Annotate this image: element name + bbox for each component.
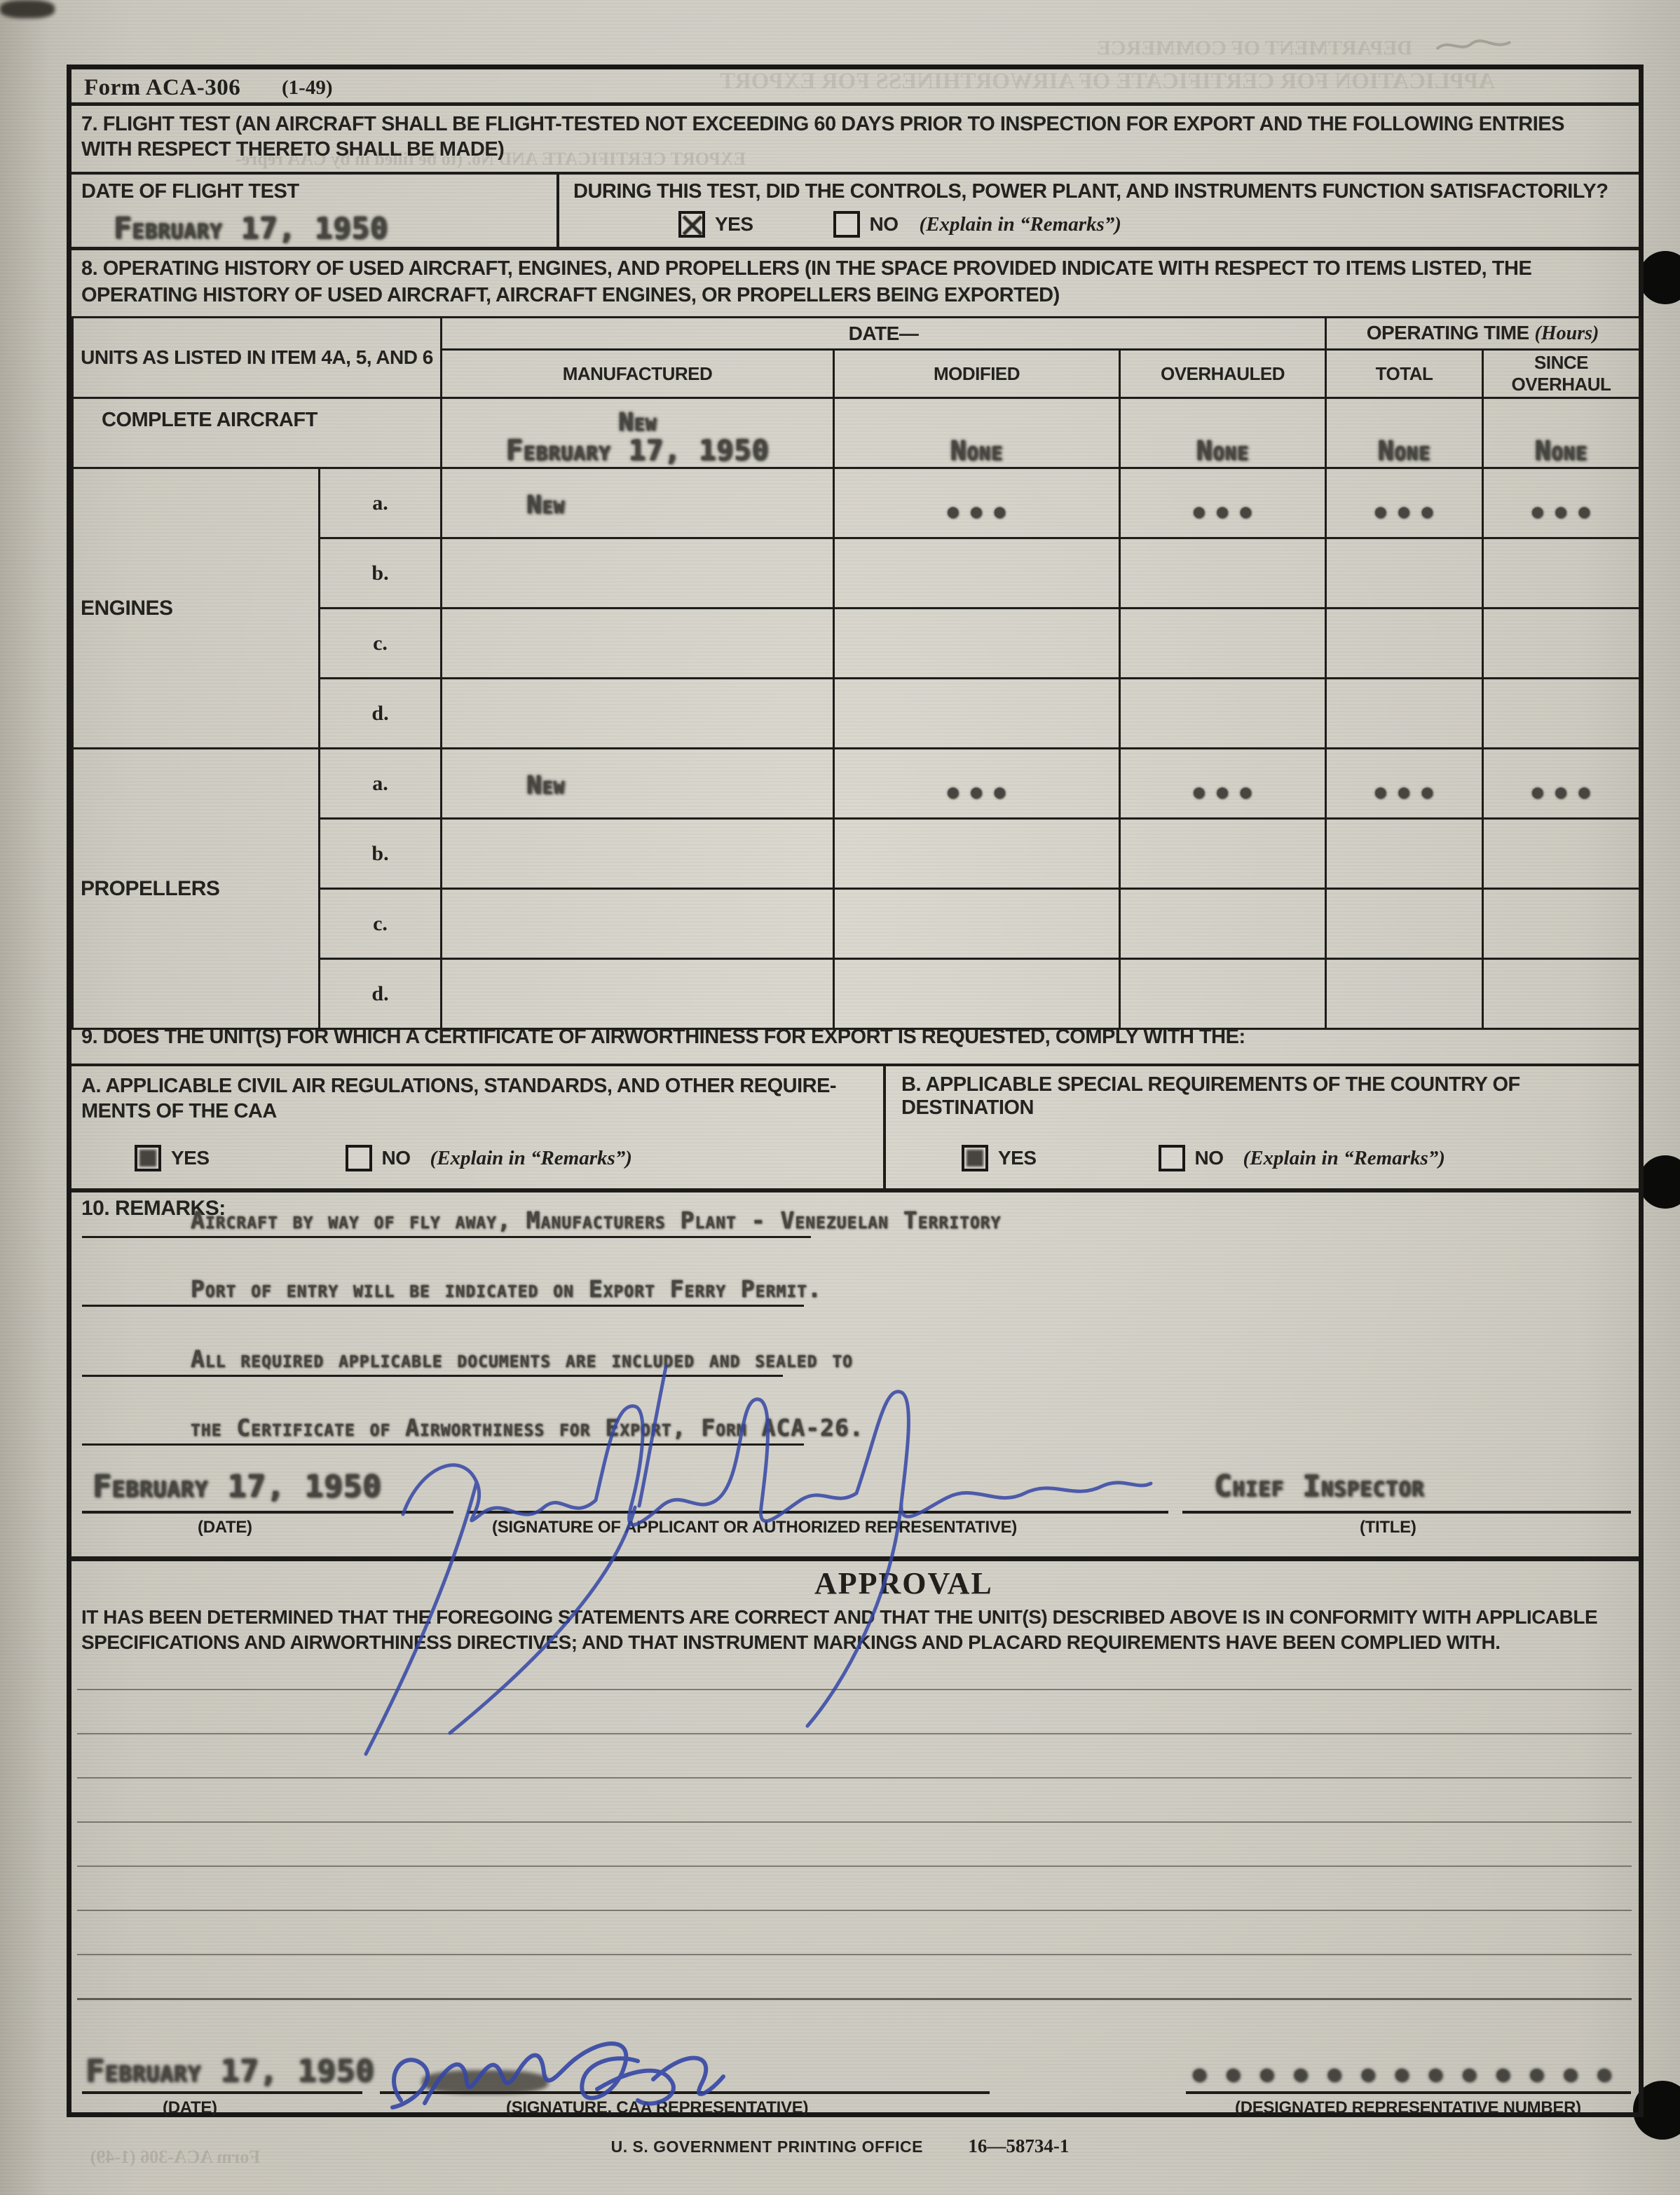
engines-b-since-overhaul: [1483, 538, 1640, 609]
engines-d-since-overhaul: [1483, 679, 1640, 749]
section9a-answer-row: YES NO (Explain in “Remarks”): [135, 1145, 632, 1171]
applicant-title-label: (TITLE): [1360, 1518, 1416, 1537]
complete-aircraft-total: None: [1326, 398, 1483, 468]
caa-signature-rule: [380, 2091, 990, 2094]
applicant-date-rule: [82, 1511, 453, 1514]
section9-answers-row: A. APPLICABLE CIVIL AIR REGULATIONS, STA…: [71, 1066, 1639, 1192]
blank-rule: [77, 1998, 1632, 2000]
time-group-header: OPERATING TIME (Hours): [1326, 318, 1640, 350]
scanned-form-page: DEPARTMENT OF COMMERCE APPLICATION FOR C…: [0, 0, 1680, 2195]
propellers-b-overhauled: [1120, 819, 1326, 889]
engines-c-since-overhaul: [1483, 609, 1640, 679]
flight-test-divider: [556, 175, 559, 250]
applicant-title-value: Chief Inspector: [1214, 1469, 1424, 1503]
section9b-no-checkbox: [1159, 1145, 1185, 1171]
col-total: TOTAL: [1326, 350, 1483, 398]
manufactured-line2: February 17, 1950: [506, 435, 770, 467]
col-since-overhaul: SINCE OVERHAUL: [1483, 350, 1640, 398]
caa-date-value: February 17, 1950: [86, 2053, 375, 2089]
propellers-b-modified: [834, 819, 1120, 889]
section9a-label: A. APPLICABLE CIVIL AIR REGULATIONS, STA…: [81, 1073, 852, 1124]
propellers-a-modified: ● ● ●: [834, 749, 1120, 819]
remarks-rule-3: [82, 1375, 783, 1377]
applicant-title-rule: [1182, 1511, 1631, 1514]
propellers-a-total: ● ● ●: [1326, 749, 1483, 819]
scan-corner-mark: [0, 0, 55, 18]
section7-heading: 7. FLIGHT TEST (AN AIRCRAFT SHALL BE FLI…: [71, 106, 1639, 175]
row-engines-a: ENGINES a. New ● ● ● ● ● ● ● ● ● ● ● ●: [73, 468, 1640, 538]
section9b-label: B. APPLICABLE SPECIAL REQUIREMENTS OF TH…: [901, 1073, 1630, 1120]
date-of-flight-test-value: February 17, 1950: [114, 211, 388, 245]
date-group-header: DATE—: [442, 318, 1326, 350]
section9-divider: [883, 1066, 886, 1192]
row-complete-aircraft: COMPLETE AIRCRAFT New February 17, 1950 …: [73, 398, 1640, 468]
engines-c-manufactured: [442, 609, 834, 679]
remarks-rule-1: [82, 1236, 811, 1238]
section9b-yes-label: YES: [998, 1147, 1037, 1169]
section9b-no-label: NO: [1195, 1147, 1224, 1169]
propellers-b-total: [1326, 819, 1483, 889]
blank-rule: [77, 1777, 1632, 1779]
ghost-department-of-commerce: DEPARTMENT OF COMMERCE: [1097, 36, 1412, 60]
propellers-label: PROPELLERS: [73, 749, 320, 1029]
caa-date-label: (DATE): [163, 2098, 217, 2118]
engines-c-modified: [834, 609, 1120, 679]
propellers-c-overhauled: [1120, 889, 1326, 959]
date-of-flight-test-label: DATE OF FLIGHT TEST: [81, 180, 299, 203]
propellers-b-letter: b.: [320, 819, 442, 889]
checkbox-x-mark: [681, 214, 702, 235]
blank-rule: [77, 1910, 1632, 1911]
engines-b-overhauled: [1120, 538, 1326, 609]
engines-a-modified: ● ● ●: [834, 468, 1120, 538]
engines-a-overhauled: ● ● ●: [1120, 468, 1326, 538]
engines-d-overhauled: [1120, 679, 1326, 749]
section9a-yes-label: YES: [171, 1147, 210, 1169]
propellers-b-manufactured: [442, 819, 834, 889]
hole-punch-middle: [1639, 1155, 1680, 1209]
engines-d-manufactured: [442, 679, 834, 749]
complete-aircraft-manufactured: New February 17, 1950: [442, 398, 834, 468]
remarks-rule-2: [82, 1305, 804, 1307]
remarks-line-1: Aircraft by way of fly away, Manufacture…: [191, 1207, 1002, 1234]
col-overhauled: OVERHAULED: [1120, 350, 1326, 398]
engines-a-letter: a.: [320, 468, 442, 538]
propellers-b-since-overhaul: [1483, 819, 1640, 889]
complete-aircraft-since-overhaul: None: [1483, 398, 1640, 468]
col-modified: MODIFIED: [834, 350, 1120, 398]
propellers-c-total: [1326, 889, 1483, 959]
footer-line: U. S. GOVERNMENT PRINTING OFFICE 16—5873…: [0, 2135, 1680, 2157]
form-edition: (1-49): [282, 76, 332, 100]
blank-rule: [77, 1821, 1632, 1823]
engines-b-total: [1326, 538, 1483, 609]
section9b-yes-checkbox: [962, 1145, 988, 1171]
printing-office-text: U. S. GOVERNMENT PRINTING OFFICE: [611, 2138, 923, 2156]
applicant-signature-rule: [467, 1511, 1168, 1514]
blank-rule: [77, 1866, 1632, 1867]
section9b-explain-note: (Explain in “Remarks”): [1243, 1147, 1445, 1170]
remarks-section: 10. REMARKS: Aircraft by way of fly away…: [71, 1192, 1639, 1438]
approval-heading: APPROVAL: [814, 1565, 993, 1601]
rep-number-rule: [1186, 2091, 1631, 2094]
print-code: 16—58734-1: [968, 2135, 1069, 2156]
engines-c-overhauled: [1120, 609, 1326, 679]
applicant-date-label: (DATE): [198, 1518, 252, 1537]
checkbox-smear: [967, 1150, 983, 1167]
section9a-no-checkbox: [346, 1145, 372, 1171]
engines-d-modified: [834, 679, 1120, 749]
time-group-note: (Hours): [1535, 322, 1599, 344]
checkbox-smear: [139, 1150, 156, 1167]
propellers-a-since-overhaul: ● ● ●: [1483, 749, 1640, 819]
propellers-c-modified: [834, 889, 1120, 959]
flight-test-row: DATE OF FLIGHT TEST February 17, 1950 DU…: [71, 175, 1639, 250]
engines-b-letter: b.: [320, 538, 442, 609]
flight-test-no-label: NO: [870, 213, 899, 236]
engines-a-since-overhaul: ● ● ●: [1483, 468, 1640, 538]
remarks-line-3: All required applicable documents are in…: [191, 1345, 853, 1373]
engines-d-total: [1326, 679, 1483, 749]
blank-rule: [77, 1733, 1632, 1734]
section9a-no-label: NO: [382, 1147, 411, 1169]
engines-b-modified: [834, 538, 1120, 609]
engines-label: ENGINES: [73, 468, 320, 749]
flight-test-yes-checkbox: [678, 211, 705, 238]
flight-test-yes-label: YES: [715, 213, 753, 236]
section9a-yes-checkbox: [135, 1145, 161, 1171]
propellers-c-manufactured: [442, 889, 834, 959]
propellers-a-letter: a.: [320, 749, 442, 819]
complete-aircraft-overhauled: None: [1120, 398, 1326, 468]
caa-signature-label: (SIGNATURE, CAA REPRESENTATIVE): [506, 2098, 808, 2118]
flight-test-question: DURING THIS TEST, DID THE CONTROLS, POWE…: [573, 180, 1625, 203]
propellers-a-manufactured: New: [442, 749, 834, 819]
engines-b-manufactured: [442, 538, 834, 609]
typed-name-smudge: [422, 2070, 548, 2094]
flight-test-explain-note: (Explain in “Remarks”): [920, 213, 1121, 236]
applicant-signature-row: February 17, 1950 (DATE) (SIGNATURE OF A…: [71, 1438, 1639, 1561]
time-group-title: OPERATING TIME: [1367, 322, 1529, 344]
col-manufactured: MANUFACTURED: [442, 350, 834, 398]
complete-aircraft-label: COMPLETE AIRCRAFT: [73, 398, 442, 468]
engines-a-total: ● ● ●: [1326, 468, 1483, 538]
complete-aircraft-modified: None: [834, 398, 1120, 468]
engines-c-total: [1326, 609, 1483, 679]
blank-ruled-area: [71, 1669, 1639, 2034]
blank-rule: [77, 1689, 1632, 1690]
form-header-row: Form ACA-306 (1-49): [71, 69, 1639, 106]
engines-d-letter: d.: [320, 679, 442, 749]
propellers-c-letter: c.: [320, 889, 442, 959]
engines-a-manufactured: New: [442, 468, 834, 538]
section9a-explain-note: (Explain in “Remarks”): [430, 1147, 632, 1170]
applicant-signature-label: (SIGNATURE OF APPLICANT OR AUTHORIZED RE…: [492, 1518, 1017, 1537]
section8-heading: 8. OPERATING HISTORY OF USED AIRCRAFT, E…: [71, 250, 1639, 316]
blank-rule: [77, 1954, 1632, 1955]
form-border-frame: Form ACA-306 (1-49) 7. FLIGHT TEST (AN A…: [67, 64, 1644, 2117]
rep-number-label: (DESIGNATED REPRESENTATIVE NUMBER): [1235, 2098, 1581, 2118]
units-header: UNITS AS LISTED IN ITEM 4A, 5, AND 6: [73, 318, 442, 398]
hole-punch-top: [1639, 251, 1680, 304]
rep-number-dots: ● ● ● ● ● ● ● ● ● ● ● ● ●: [1193, 2062, 1615, 2086]
section9b-answer-row: YES NO (Explain in “Remarks”): [962, 1145, 1445, 1171]
caa-signature-row: February 17, 1950 (DATE) (SIGNATURE, CAA…: [71, 2034, 1639, 2112]
operating-history-table: UNITS AS LISTED IN ITEM 4A, 5, AND 6 DAT…: [71, 316, 1639, 1016]
engines-c-letter: c.: [320, 609, 442, 679]
section9-heading: 9. DOES THE UNIT(S) FOR WHICH A CERTIFIC…: [71, 1016, 1639, 1066]
approval-body: IT HAS BEEN DETERMINED THAT THE FOREGOIN…: [81, 1605, 1623, 1656]
remarks-line-2: Port of entry will be indicated on Expor…: [191, 1275, 822, 1303]
flight-test-answer-row: YES NO (Explain in “Remarks”): [678, 211, 1121, 238]
approval-section: APPROVAL IT HAS BEEN DETERMINED THAT THE…: [71, 1561, 1639, 1669]
propellers-a-overhauled: ● ● ●: [1120, 749, 1326, 819]
form-number: Form ACA-306: [84, 75, 240, 101]
propellers-c-since-overhaul: [1483, 889, 1640, 959]
caa-date-rule: [82, 2091, 362, 2094]
flight-test-no-checkbox: [833, 211, 860, 238]
row-propellers-a: PROPELLERS a. New ● ● ● ● ● ● ● ● ● ● ● …: [73, 749, 1640, 819]
manufactured-line1: New: [618, 408, 657, 437]
applicant-date-value: February 17, 1950: [93, 1469, 382, 1504]
